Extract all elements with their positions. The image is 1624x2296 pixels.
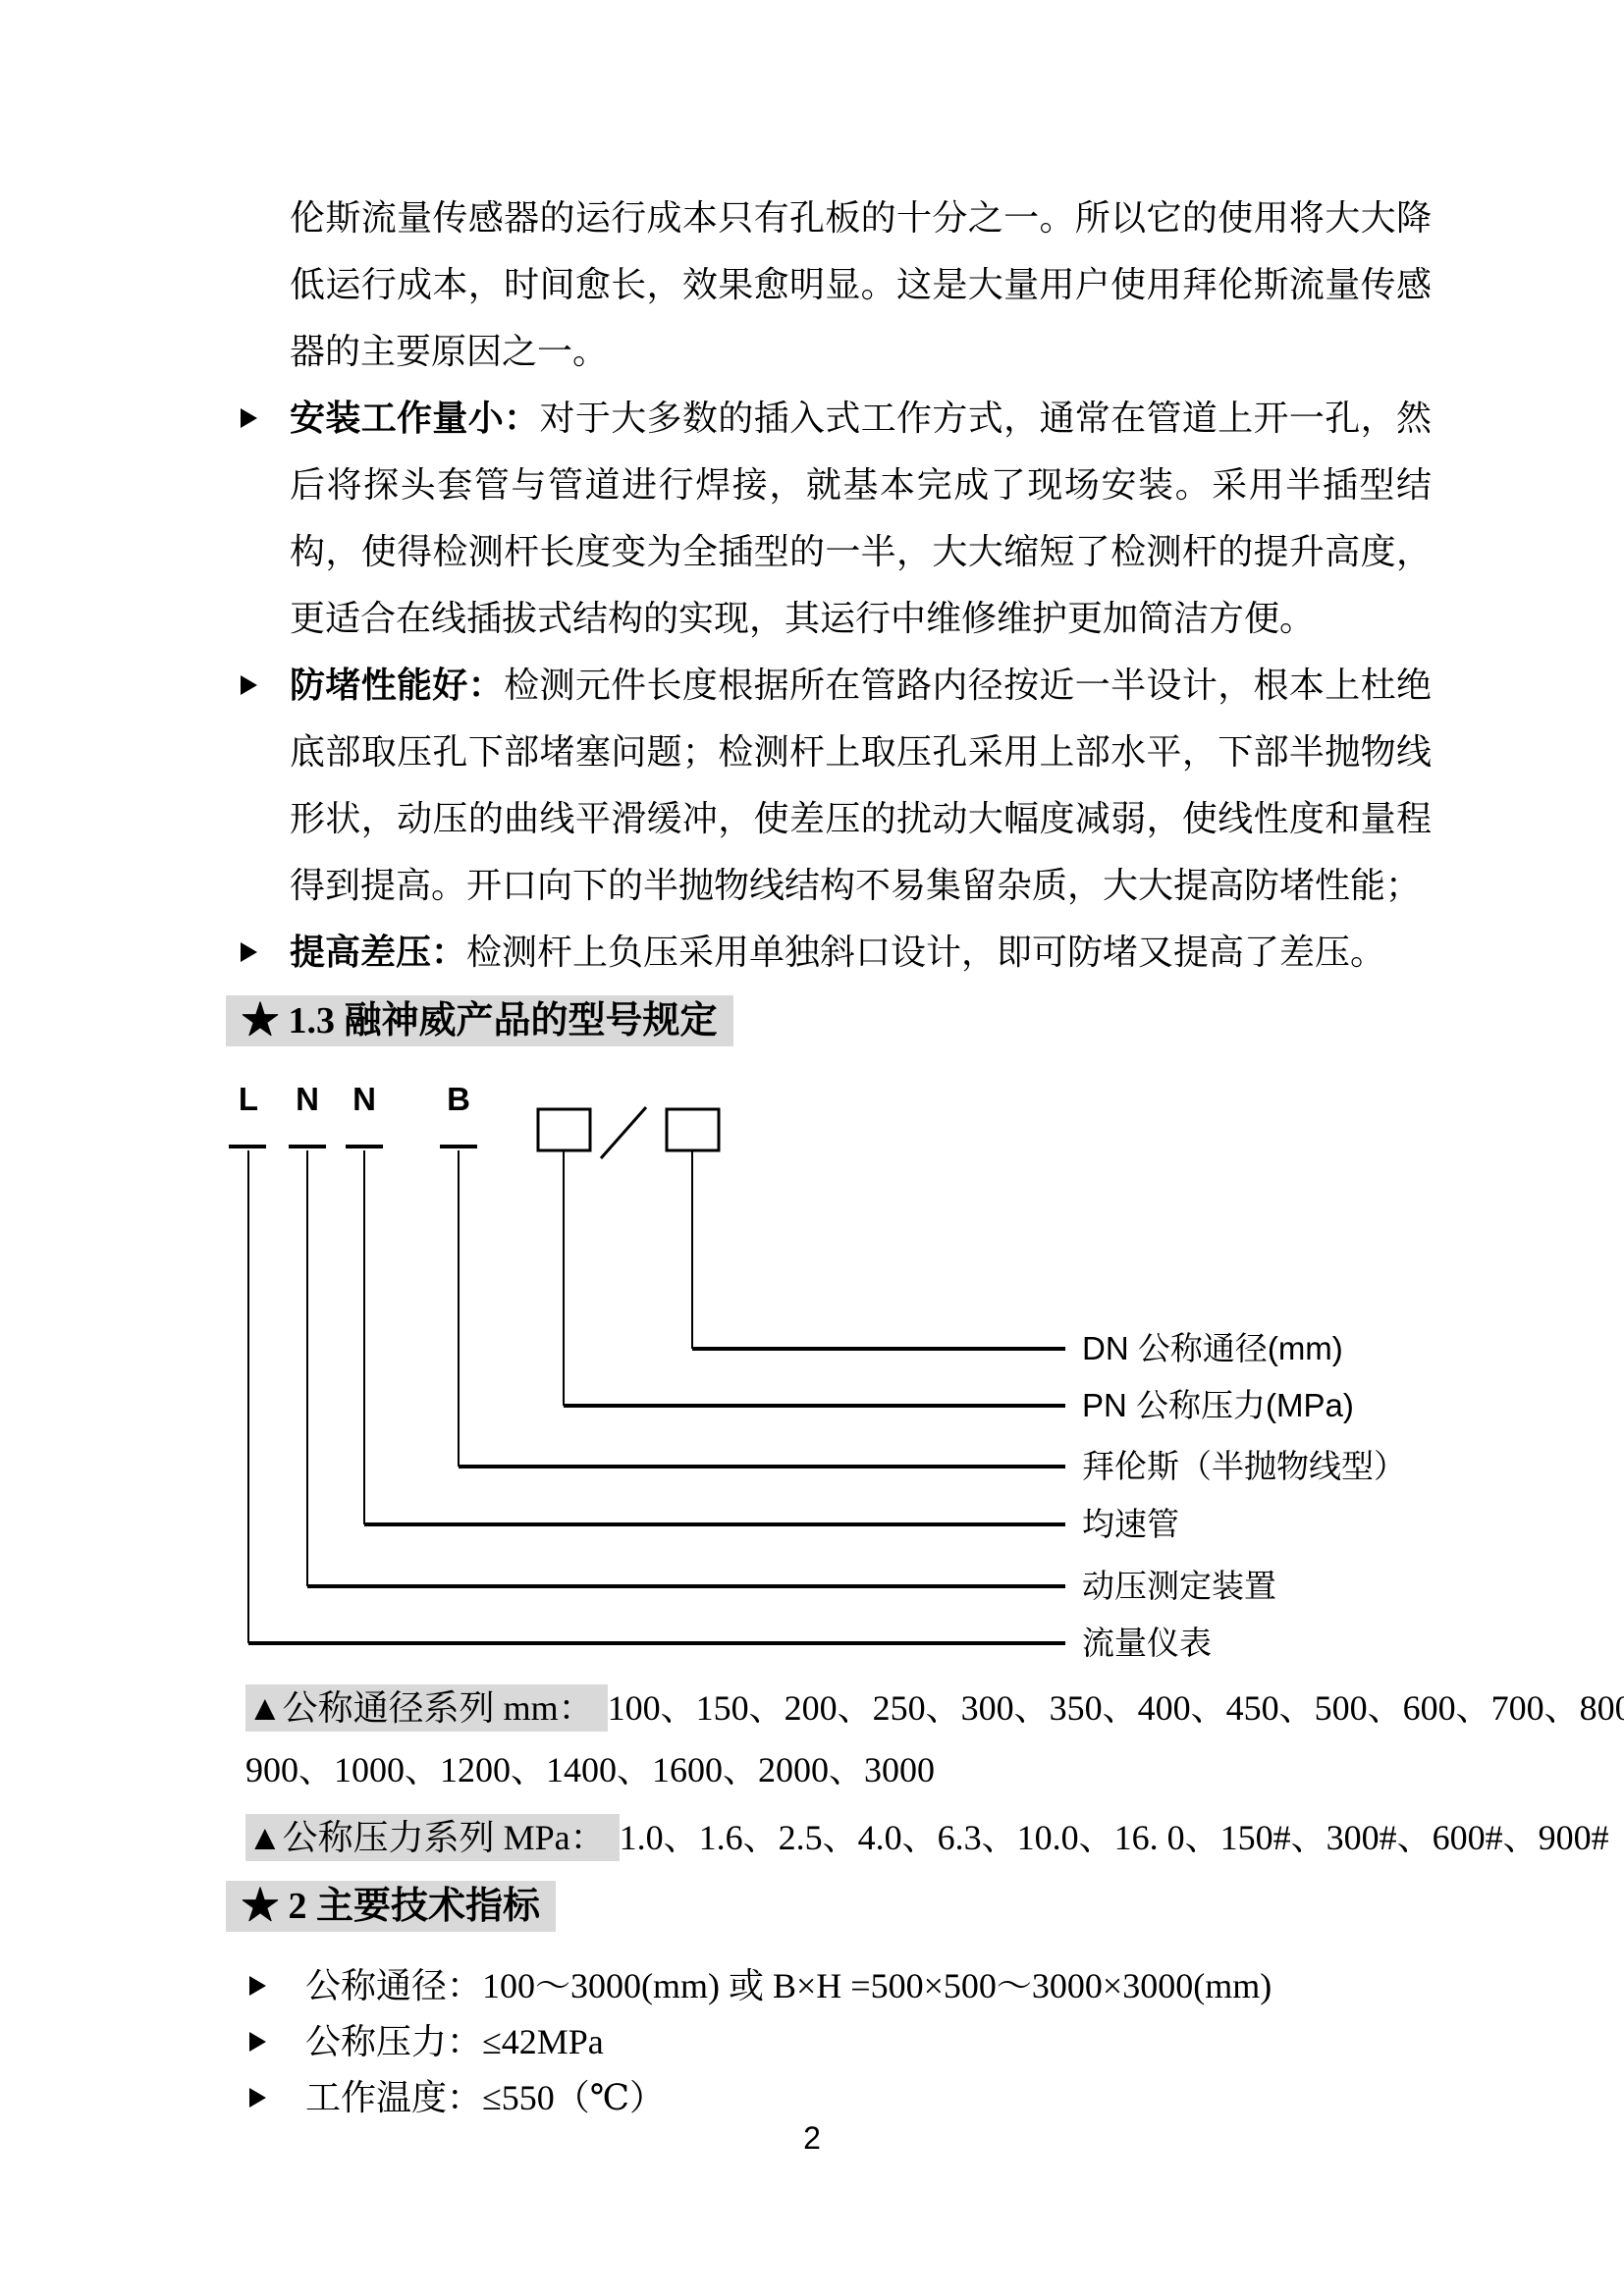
pressure-series-line: ▲公称压力系列 MPa：1.0、1.6、2.5、4.0、6.3、10.0、16.…: [245, 1804, 1463, 1871]
diameter-series-line2: 900、1000、1200、1400、1600、2000、3000: [245, 1736, 1463, 1803]
diagram-label-dn: DN 公称通径(mm): [1082, 1325, 1343, 1372]
document-page: 伦斯流量传感器的运行成本只有孔板的十分之一。所以它的使用将大大降低运行成本，时间…: [0, 0, 1624, 2296]
section-heading-1-3: ★ 1.3 融神威产品的型号规定: [226, 995, 733, 1046]
arrow-bullet-icon: [249, 1976, 266, 1996]
bullet-term: 防堵性能好：: [290, 666, 504, 705]
pressure-series-label: ▲公称压力系列 MPa：: [245, 1814, 620, 1861]
code-letter-l: L: [227, 1080, 270, 1119]
diagram-label-bailunsi: 拜伦斯（半抛物线型）: [1082, 1443, 1406, 1490]
page-number: 2: [0, 2120, 1624, 2157]
spec-nominal-diameter: 公称通径：100～3000(mm) 或 B×H =500×500～3000×30…: [247, 1958, 1465, 2014]
diagram-label-dynamic-pressure-device: 动压测定装置: [1082, 1563, 1276, 1610]
diagram-label-averaging-tube: 均速管: [1082, 1501, 1179, 1548]
diameter-series-values-1: 100、150、200、250、300、350、400、450、500、600、…: [608, 1688, 1624, 1728]
code-boxes: [538, 1107, 719, 1158]
bullet-text: 检测杆上负压采用单独斜口设计，即可防堵又提高了差压。: [466, 933, 1385, 972]
leader-verticals: [248, 1150, 692, 1643]
bullet-higher-dp: 提高差压：检测杆上负压采用单独斜口设计，即可防堵又提高了差压。: [239, 919, 1432, 986]
code-letter-n2: N: [343, 1080, 386, 1119]
pressure-series-values: 1.0、1.6、2.5、4.0、6.3、10.0、16. 0、150#、300#…: [620, 1818, 1609, 1857]
arrow-bullet-icon: [241, 408, 257, 428]
arrow-bullet-icon: [241, 942, 257, 962]
spec-value: ≤550（℃）: [482, 2078, 665, 2117]
diameter-series-line1: ▲公称通径系列 mm：100、150、200、250、300、350、400、4…: [245, 1675, 1463, 1741]
spec-term: 工作温度：: [305, 2078, 482, 2117]
diameter-series-label: ▲公称通径系列 mm：: [245, 1684, 608, 1732]
spec-term: 公称通径：: [305, 1966, 482, 2005]
code-letter-b: B: [437, 1080, 480, 1119]
arrow-bullet-icon: [241, 675, 257, 695]
spec-value: 100～3000(mm) 或 B×H =500×500～3000×3000(mm…: [482, 1966, 1272, 2005]
spec-term: 公称压力：: [305, 2022, 482, 2061]
diagram-label-flow-instrument: 流量仪表: [1082, 1620, 1212, 1667]
bullet-anti-clogging: 防堵性能好：检测元件长度根据所在管路内径按近一半设计，根本上杜绝底部取压孔下部堵…: [239, 652, 1432, 919]
spec-nominal-pressure: 公称压力：≤42MPa: [247, 2014, 1465, 2070]
bullet-install-workload: 安装工作量小：对于大多数的插入式工作方式，通常在管道上开一孔，然后将探头套管与管…: [239, 385, 1432, 652]
intro-paragraph: 伦斯流量传感器的运行成本只有孔板的十分之一。所以它的使用将大大降低运行成本，时间…: [290, 185, 1432, 385]
arrow-bullet-icon: [249, 2032, 266, 2052]
diagram-label-pn: PN 公称压力(MPa): [1082, 1382, 1354, 1429]
section-heading-2: ★ 2 主要技术指标: [226, 1881, 556, 1932]
arrow-bullet-icon: [249, 2088, 266, 2108]
spec-working-temperature: 工作温度：≤550（℃）: [247, 2070, 1465, 2126]
leader-horizontals: [248, 1349, 1065, 1643]
bullet-term: 安装工作量小：: [290, 399, 539, 438]
spec-value: ≤42MPa: [482, 2022, 604, 2061]
slash-separator: [601, 1107, 646, 1158]
bullet-term: 提高差压：: [290, 933, 466, 972]
code-letter-n1: N: [286, 1080, 329, 1119]
